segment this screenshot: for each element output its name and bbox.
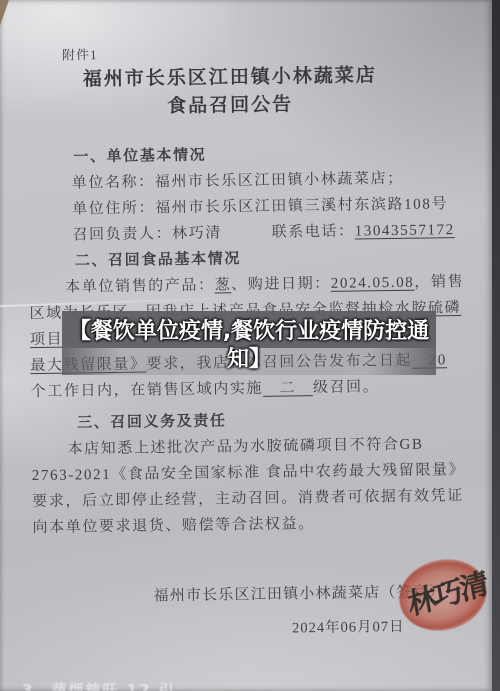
caption-overlay-text-line1: 【餐饮单位疫情,餐饮行业疫情防控通: [62, 314, 436, 345]
date-line: 2024年06月07日: [34, 613, 441, 645]
caption-overlay-text-line2: 知】: [62, 342, 436, 373]
cutoff-caption-fragment: 3、蔬烟辣旺 12 引: [22, 679, 176, 691]
signature-line: 福州市长乐区江田镇小林蔬菜店（签章）: [33, 579, 440, 611]
responsibility-line4: 向本单位要求退货、赔偿等合法权益。: [32, 509, 439, 541]
doc-title-line1: 福州市长乐区江田镇小林蔬菜店: [26, 61, 433, 95]
photographed-document: { "photo": { "background_color": "#3c3b4…: [0, 0, 500, 691]
recall-level-line: 个工作日内，在销售区域内实施 二 级召回。: [31, 373, 438, 405]
